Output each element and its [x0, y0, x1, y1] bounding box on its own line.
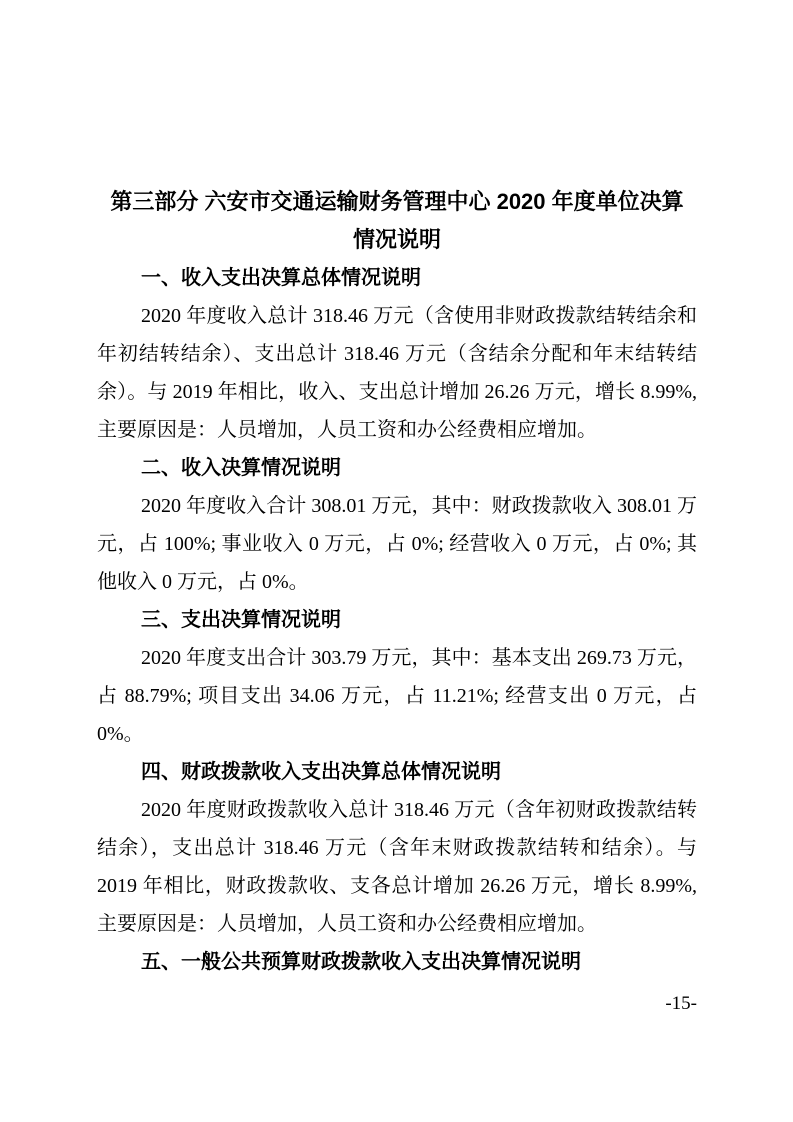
paragraph-line: 2020 年度收入合计 308.01 万元，其中：财政拨款收入 308.01 万 [97, 487, 697, 525]
document-page: 第三部分 六安市交通运输财务管理中心 2020 年度单位决算 情况说明 一、收入… [0, 0, 793, 1122]
paragraph-line: 元，占 100%; 事业收入 0 万元，占 0%; 经营收入 0 万元，占 0%… [97, 525, 697, 563]
paragraph-line: 年初结转结余）、支出总计 318.46 万元（含结余分配和年末结转结 [97, 335, 697, 373]
document-title-line-1: 第三部分 六安市交通运输财务管理中心 2020 年度单位决算 [97, 183, 697, 221]
sections-container: 一、收入支出决算总体情况说明2020 年度收入总计 318.46 万元（含使用非… [97, 259, 697, 981]
page-number: -15- [97, 985, 697, 1023]
paragraph-line: 2020 年度财政拨款收入总计 318.46 万元（含年初财政拨款结转 [97, 791, 697, 829]
section-heading: 四、财政拨款收入支出决算总体情况说明 [97, 753, 697, 791]
paragraph-line: 占 88.79%; 项目支出 34.06 万元，占 11.21%; 经营支出 0… [97, 677, 697, 715]
paragraph-line: 0%。 [97, 715, 697, 753]
paragraph-line: 他收入 0 万元，占 0%。 [97, 563, 697, 601]
paragraph-line: 主要原因是：人员增加，人员工资和办公经费相应增加。 [97, 411, 697, 449]
section-heading: 五、一般公共预算财政拨款收入支出决算情况说明 [97, 943, 697, 981]
section-heading: 三、支出决算情况说明 [97, 601, 697, 639]
document-body: 第三部分 六安市交通运输财务管理中心 2020 年度单位决算 情况说明 一、收入… [97, 183, 697, 981]
paragraph-line: 2020 年度收入总计 318.46 万元（含使用非财政拨款结转结余和 [97, 297, 697, 335]
paragraph-line: 2019 年相比，财政拨款收、支各总计增加 26.26 万元，增长 8.99%, [97, 867, 697, 905]
paragraph-line: 2020 年度支出合计 303.79 万元，其中：基本支出 269.73 万元， [97, 639, 697, 677]
section-heading: 二、收入决算情况说明 [97, 449, 697, 487]
paragraph-line: 主要原因是：人员增加，人员工资和办公经费相应增加。 [97, 905, 697, 943]
paragraph-line: 结余），支出总计 318.46 万元（含年末财政拨款结转和结余）。与 [97, 829, 697, 867]
section-heading: 一、收入支出决算总体情况说明 [97, 259, 697, 297]
paragraph-line: 余）。与 2019 年相比，收入、支出总计增加 26.26 万元，增长 8.99… [97, 373, 697, 411]
document-title-line-2: 情况说明 [97, 221, 697, 259]
